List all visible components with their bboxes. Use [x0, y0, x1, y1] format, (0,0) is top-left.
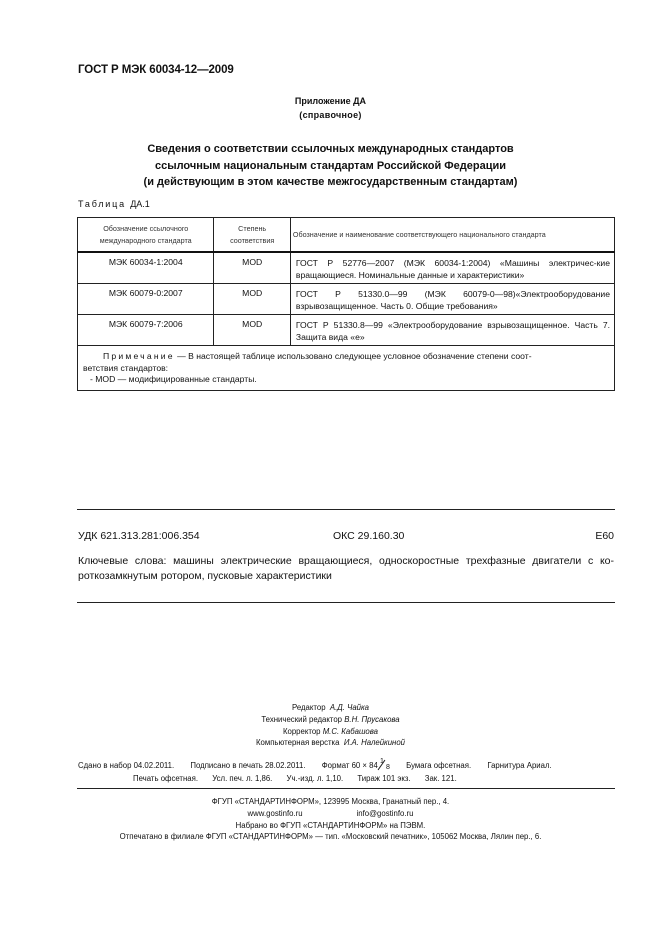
- cell-national-standard: ГОСТ Р 52776—2007 (МЭК 60034-1:2004) «Ма…: [290, 252, 614, 284]
- note-text-3: - MOD — модифицированные стандарты.: [83, 374, 609, 386]
- signed-date: Подписано в печать 28.02.2011.: [190, 761, 305, 770]
- table-row: МЭК 60079-7:2006 MOD ГОСТ Р 51330.8—99 «…: [78, 315, 615, 346]
- divider-middle: [77, 602, 615, 603]
- table-caption-word: Таблица: [78, 199, 126, 209]
- cell-intl-standard: МЭК 60034-1:2004: [78, 252, 214, 284]
- correspondence-table: Обозначение ссылочного международного ст…: [77, 217, 615, 391]
- print-run: Тираж 101 экз.: [357, 774, 410, 783]
- note-label: Примечание: [103, 351, 175, 361]
- title-line-1: Сведения о соответствии ссылочных междун…: [0, 141, 661, 158]
- cell-degree: MOD: [214, 315, 290, 346]
- cell-national-standard: ГОСТ Р 51330.8—99 «Электрооборудование в…: [290, 315, 614, 346]
- header-national-standard: Обозначение и наименование соответствующ…: [290, 218, 614, 253]
- title-line-2: ссылочным национальным стандартам Россий…: [0, 158, 661, 175]
- table-header-row: Обозначение ссылочного международного ст…: [78, 218, 615, 253]
- print-type: Печать офсетная.: [133, 774, 198, 783]
- table-row: МЭК 60079-0:2007 MOD ГОСТ Р 51330.0—99 (…: [78, 284, 615, 315]
- table-caption-number: ДА.1: [130, 199, 150, 209]
- table-note-row: Примечание — В настоящей таблице использ…: [78, 346, 615, 391]
- table-note: Примечание — В настоящей таблице использ…: [78, 346, 615, 391]
- table-caption: Таблица ДА.1: [78, 199, 150, 209]
- udk-code: УДК 621.313.281:006.354: [78, 530, 200, 542]
- publisher-address: ФГУП «СТАНДАРТИНФОРМ», 123995 Москва, Гр…: [0, 796, 661, 808]
- section-title: Сведения о соответствии ссылочных междун…: [0, 141, 661, 191]
- order-number: Зак. 121.: [425, 774, 457, 783]
- submitted-date: Сдано в набор 04.02.2011.: [78, 761, 174, 770]
- publisher-contacts: www.gostinfo.ruinfo@gostinfo.ru: [0, 808, 661, 820]
- imprint-line-2: Печать офсетная. Усл. печ. л. 1,86. Уч.-…: [133, 774, 457, 783]
- keywords: Ключевые слова: машины электрические вра…: [78, 554, 614, 584]
- publisher-sheets: Уч.-изд. л. 1,10.: [287, 774, 344, 783]
- category-code: E60: [595, 530, 614, 542]
- title-line-3: (и действующим в этом качестве межгосуда…: [0, 174, 661, 191]
- paper-type: Бумага офсетная.: [406, 761, 471, 770]
- printed-info: Отпечатано в филиале ФГУП «СТАНДАРТИНФОР…: [0, 831, 661, 843]
- typeset-info: Набрано во ФГУП «СТАНДАРТИНФОРМ» на ПЭВМ…: [0, 820, 661, 832]
- document-code: ГОСТ Р МЭК 60034-12—2009: [78, 64, 234, 76]
- staff-layout: Компьютерная верстка И.А. Налейкиной: [0, 737, 661, 749]
- publisher-info: ФГУП «СТАНДАРТИНФОРМ», 123995 Москва, Гр…: [0, 796, 661, 843]
- header-degree: Степень соответствия: [214, 218, 290, 253]
- annex-subtitle: (справочное): [0, 108, 661, 122]
- format: Формат 60 × 84 18: [322, 760, 392, 770]
- publisher-email[interactable]: info@gostinfo.ru: [357, 809, 414, 818]
- staff-tech-editor: Технический редактор В.Н. Прусакова: [0, 714, 661, 726]
- header-intl-standard: Обозначение ссылочного международного ст…: [78, 218, 214, 253]
- staff-editor: Редактор А.Д. Чайка: [0, 702, 661, 714]
- cell-intl-standard: МЭК 60079-0:2007: [78, 284, 214, 315]
- cell-national-standard: ГОСТ Р 51330.0—99 (МЭК 60079-0—98)«Элект…: [290, 284, 614, 315]
- printed-sheets: Усл. печ. л. 1,86.: [212, 774, 272, 783]
- cell-degree: MOD: [214, 252, 290, 284]
- note-text-2: ветствия стандартов:: [83, 363, 609, 375]
- annex-title: Приложение ДА: [0, 94, 661, 108]
- divider-top: [77, 509, 615, 510]
- oks-code: ОКС 29.160.30: [333, 530, 404, 542]
- publisher-website[interactable]: www.gostinfo.ru: [248, 809, 303, 818]
- staff-proofreader: Корректор М.С. Кабашова: [0, 726, 661, 738]
- note-text-1: — В настоящей таблице использовано следу…: [175, 351, 532, 361]
- table-row: МЭК 60034-1:2004 MOD ГОСТ Р 52776—2007 (…: [78, 252, 615, 284]
- fraction-icon: 18: [380, 760, 392, 770]
- imprint-line-1: Сдано в набор 04.02.2011. Подписано в пе…: [78, 760, 552, 770]
- typeface: Гарнитура Ариал.: [487, 761, 551, 770]
- editorial-staff: Редактор А.Д. Чайка Технический редактор…: [0, 702, 661, 749]
- cell-intl-standard: МЭК 60079-7:2006: [78, 315, 214, 346]
- cell-degree: MOD: [214, 284, 290, 315]
- divider-bottom: [77, 788, 615, 789]
